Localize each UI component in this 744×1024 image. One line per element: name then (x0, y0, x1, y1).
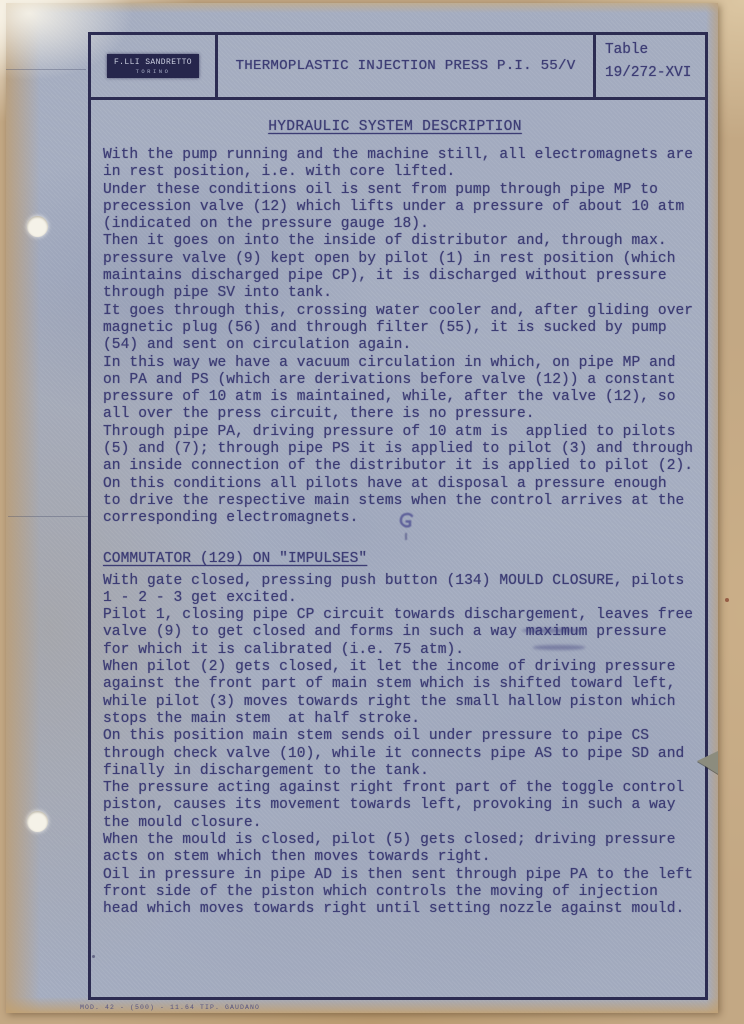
text-line: The pressure acting against right front … (103, 780, 705, 797)
text-line: finally in dischargement to the tank. (103, 763, 705, 780)
punch-hole (27, 216, 48, 237)
text-line: It goes through this, crossing water coo… (103, 303, 705, 320)
text-line: precession valve (12) which lifts under … (103, 199, 705, 216)
text-line: stops the main stem at half stroke. (103, 711, 705, 728)
machine-title: THERMOPLASTIC INJECTION PRESS P.I. 55/V (236, 58, 576, 74)
header-title-cell: THERMOPLASTIC INJECTION PRESS P.I. 55/V (218, 35, 593, 97)
table-number: 19/272-XVI (605, 65, 705, 81)
text-line: while pilot (3) moves towards right the … (103, 694, 705, 711)
text-line: In this way we have a vacuum circulation… (103, 355, 705, 372)
text-line: piston, causes its movement towards left… (103, 797, 705, 814)
ink-smear (522, 628, 582, 633)
ink-smear (533, 645, 585, 650)
text-line: (5) and (7); through pipe PS it is appli… (103, 441, 705, 458)
text-line: When the mould is closed, pilot (5) gets… (103, 832, 705, 849)
text-line: for which it is calibrated (i.e. 75 atm)… (103, 642, 705, 659)
paper-edge-discoloration-left (6, 3, 40, 1013)
handwritten-ink-smudge (398, 511, 416, 536)
paper-crease (6, 69, 86, 70)
text-line: the mould closure. (103, 815, 705, 832)
paragraph-commutator-impulses: With gate closed, pressing push button (… (103, 573, 705, 919)
text-line: Through pipe PA, driving pressure of 10 … (103, 424, 705, 441)
text-line: (indicated on the pressure gauge 18). (103, 216, 705, 233)
text-line: head which moves towards right until set… (103, 901, 705, 918)
paper-crease (8, 516, 88, 517)
text-line: on PA and PS (which are derivations befo… (103, 372, 705, 389)
text-line: On this conditions all pilots have at di… (103, 476, 705, 493)
text-line: With gate closed, pressing push button (… (103, 573, 705, 590)
logo-city: TORINO (114, 68, 192, 75)
text-line: all over the press circuit, there is no … (103, 406, 705, 423)
ink-smudge-tail (405, 533, 407, 540)
text-line: front side of the piston which controls … (103, 884, 705, 901)
document-header: F.LLI SANDRETTO TORINO THERMOPLASTIC INJ… (91, 35, 705, 100)
text-line: against the front part of main stem whic… (103, 676, 705, 693)
paper-sheet: F.LLI SANDRETTO TORINO THERMOPLASTIC INJ… (6, 3, 718, 1013)
paper-speck (92, 955, 95, 958)
text-line: valve (9) to get closed and forms in suc… (103, 624, 705, 641)
text-line: When pilot (2) gets closed, it let the i… (103, 659, 705, 676)
text-line: pressure valve (9) kept open by pilot (1… (103, 251, 705, 268)
punch-hole (27, 811, 48, 832)
section-title-hydraulic: HYDRAULIC SYSTEM DESCRIPTION (103, 119, 687, 135)
text-line: magnetic plug (56) and through filter (5… (103, 320, 705, 337)
text-line: With the pump running and the machine st… (103, 147, 705, 164)
table-label: Table (605, 42, 705, 58)
text-line: Pilot 1, closing pipe CP circuit towards… (103, 607, 705, 624)
section-heading-commutator: COMMUTATOR (129) ON "IMPULSES" (103, 551, 705, 567)
edge-tab-mark (697, 751, 718, 774)
text-line: (54) and sent on circulation again. (103, 337, 705, 354)
header-logo-cell: F.LLI SANDRETTO TORINO (91, 35, 218, 97)
paragraph-hydraulic-description: With the pump running and the machine st… (103, 147, 705, 528)
logo-company-name: F.LLI SANDRETTO (114, 58, 192, 67)
document-body: HYDRAULIC SYSTEM DESCRIPTION With the pu… (91, 100, 705, 918)
scanned-page: F.LLI SANDRETTO TORINO THERMOPLASTIC INJ… (0, 0, 744, 1024)
text-line: Under these conditions oil is sent from … (103, 182, 705, 199)
text-line: through check valve (10), while it conne… (103, 746, 705, 763)
text-line: Oil in pressure in pipe AD is then sent … (103, 867, 705, 884)
text-line: acts on stem which then moves towards ri… (103, 849, 705, 866)
printer-imprint: MOD. 42 - (500) - 11.64 TIP. GAUDANO (80, 1004, 260, 1011)
text-line: 1 - 2 - 3 get excited. (103, 590, 705, 607)
text-line: an inside connection of the distributor … (103, 458, 705, 475)
text-line: in rest position, i.e. with core lifted. (103, 164, 705, 181)
paper-speck (725, 598, 729, 602)
text-line: Then it goes on into the inside of distr… (103, 233, 705, 250)
text-line: maintains discharged pipe CP), it is dis… (103, 268, 705, 285)
header-table-cell: Table 19/272-XVI (593, 35, 705, 97)
text-line: to drive the respective main stems when … (103, 493, 705, 510)
text-line: pressure of 10 atm is maintained, while,… (103, 389, 705, 406)
text-line: through pipe SV into tank. (103, 285, 705, 302)
sandretto-logo: F.LLI SANDRETTO TORINO (107, 54, 199, 78)
text-line: On this position main stem sends oil und… (103, 728, 705, 745)
